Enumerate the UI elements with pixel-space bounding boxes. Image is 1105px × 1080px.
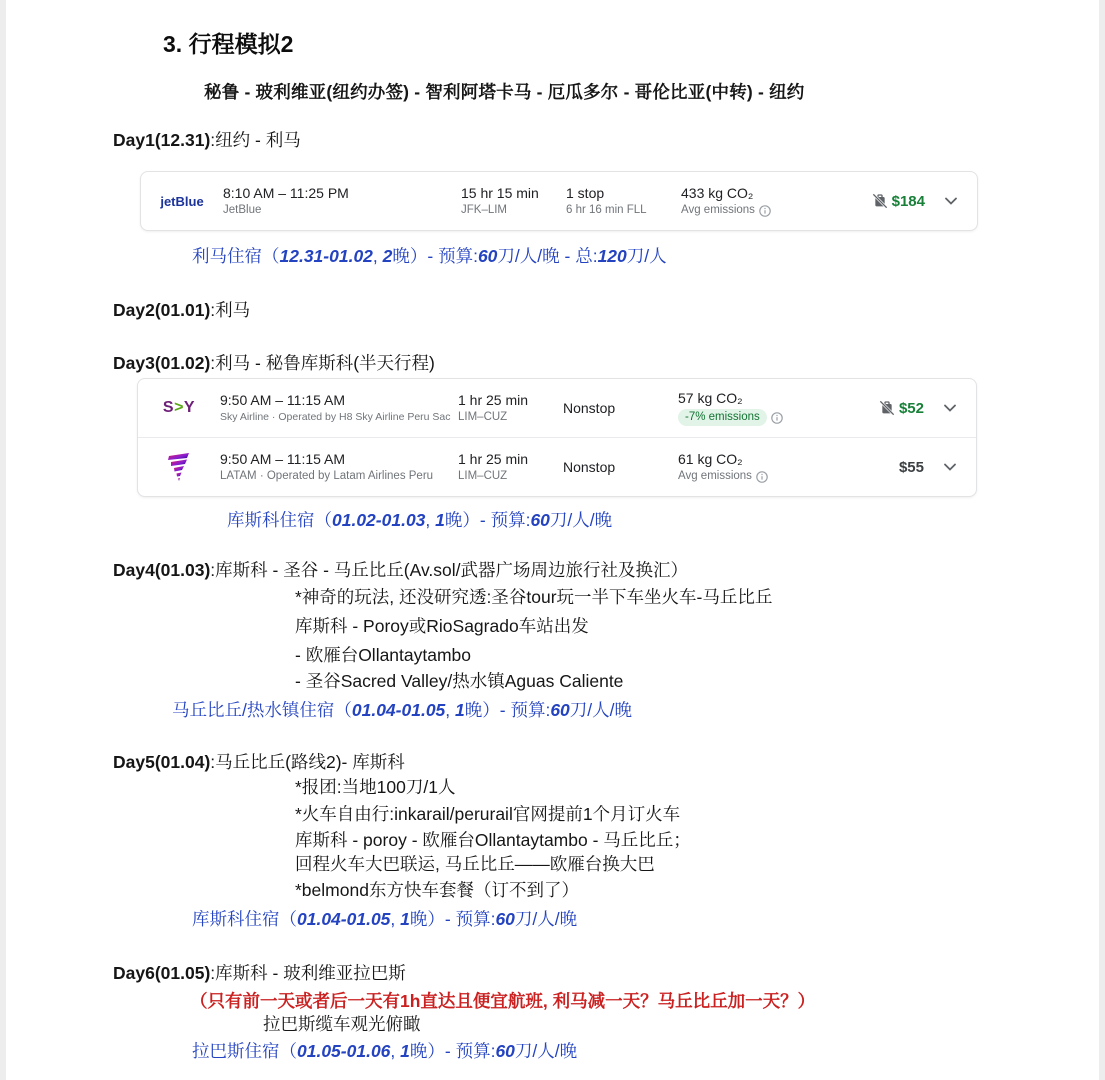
day3-desc: :利马 - 秘鲁库斯科(半天行程) [210,353,435,373]
flight-route: LIM–CUZ [458,470,563,483]
cusco-lodging-budget: 库斯科住宿（01.02-01.03, 1晚）- 预算:60刀/人/晚 [227,507,612,532]
page-right-edge [1099,0,1105,1080]
flight-times: 8:10 AM – 11:25 PM [223,185,461,201]
flight-times: 9:50 AM – 11:15 AM [220,392,458,408]
day4-desc: :库斯科 - 圣谷 - 马丘比丘(Av.sol/武器广场周边旅行社及换汇） [210,560,688,580]
sky-airline-logo: S>Y [138,399,220,417]
day6-label: Day6(01.05) [113,963,210,983]
day6-warning-note: （只有前一天或者后一天有1h直达且便宜航班, 利马减一天？马丘比丘加一天？） [190,988,815,1013]
flight-duration: 1 hr 25 min [458,392,563,408]
document-title: 3. 行程模拟2 [163,26,293,59]
no-carry-on-bag-icon [872,193,888,209]
day4-note-line: *神奇的玩法, 还没研究透:圣谷tour玩一半下车坐火车-马丘比丘 [295,586,772,608]
flight-result-latam[interactable]: 9:50 AM – 11:15 AM LATAM · Operated by L… [138,437,976,496]
day4-note-line: - 圣谷Sacred Valley/热水镇Aguas Caliente [295,670,623,692]
emissions-badge: -7% emissions [678,409,767,426]
flight-co2: 61 kg CO₂ [678,451,824,467]
flight-price: $52 [899,400,924,417]
day3-heading: Day3(01.02):利马 - 秘鲁库斯科(半天行程) [113,350,435,375]
flight-route: LIM–CUZ [458,411,563,424]
day2-heading: Day2(01.01):利马 [113,297,250,322]
day6-activity: 拉巴斯缆车观光俯瞰 [263,1013,421,1035]
day1-heading: Day1(12.31):纽约 - 利马 [113,127,301,152]
flight-stops: Nonstop [563,459,678,475]
flight-carrier: JetBlue [223,204,461,217]
day1-desc: :纽约 - 利马 [210,130,300,150]
flight-carrier: LATAM · Operated by Latam Airlines Peru [220,470,458,483]
flight-result-jetblue[interactable]: jetBlue 8:10 AM – 11:25 PM JetBlue 15 hr… [140,171,978,231]
day2-desc: :利马 [210,300,250,320]
flight-price: $55 [899,459,924,476]
emissions-label: Avg emissions [681,204,755,217]
flight-results-group: S>Y 9:50 AM – 11:15 AM Sky Airline · Ope… [137,378,977,497]
day5-note-line: *报团:当地100刀/1人 [295,776,455,798]
day1-label: Day1(12.31) [113,130,210,150]
day5-note-line: 回程火车大巴联运, 马丘比丘——欧雁台换大巴 [295,853,655,875]
day6-heading: Day6(01.05):库斯科 - 玻利维亚拉巴斯 [113,960,406,985]
flight-price: $184 [892,193,925,210]
flight-result-sky[interactable]: S>Y 9:50 AM – 11:15 AM Sky Airline · Ope… [138,379,976,437]
expand-flight-button[interactable] [925,197,977,205]
flight-duration: 15 hr 15 min [461,185,566,201]
flight-co2: 433 kg CO₂ [681,185,825,201]
day6-desc: :库斯科 - 玻利维亚拉巴斯 [210,963,405,983]
flight-times: 9:50 AM – 11:15 AM [220,451,458,467]
flight-stops: 1 stop [566,185,681,201]
day5-note-line: *火车自由行:inkarail/perurail官网提前1个月订火车 [295,803,680,825]
latam-logo [138,453,220,481]
day4-label: Day4(01.03) [113,560,210,580]
flight-stops: Nonstop [563,400,678,416]
day5-note-line: 库斯科 - poroy - 欧雁台Ollantaytambo - 马丘比丘； [295,829,691,851]
flight-co2: 57 kg CO₂ [678,390,824,406]
day5-heading: Day5(01.04):马丘比丘(路线2)- 库斯科 [113,749,405,774]
day5-desc: :马丘比丘(路线2)- 库斯科 [210,752,404,772]
day2-label: Day2(01.01) [113,300,210,320]
page-left-edge [0,0,6,1080]
jetblue-logo: jetBlue [141,194,223,209]
cusco-lodging-budget-2: 库斯科住宿（01.04-01.05, 1晚）- 预算:60刀/人/晚 [192,906,577,931]
day3-label: Day3(01.02) [113,353,210,373]
day4-note-line: 库斯科 - Poroy或RioSagrado车站出发 [295,615,589,637]
info-icon[interactable] [771,412,783,424]
lima-lodging-budget: 利马住宿（12.31-01.02, 2晚）- 预算:60刀/人/晚 - 总:12… [192,243,667,268]
flight-stop-detail: 6 hr 16 min FLL [566,204,681,217]
flight-duration: 1 hr 25 min [458,451,563,467]
day5-note-line: *belmond东方快车套餐（订不到了） [295,879,579,901]
la-paz-lodging-budget: 拉巴斯住宿（01.05-01.06, 1晚）- 预算:60刀/人/晚 [192,1038,577,1063]
flight-route: JFK–LIM [461,204,566,217]
info-icon[interactable] [756,471,768,483]
day5-label: Day5(01.04) [113,752,210,772]
machu-picchu-lodging-budget: 马丘比丘/热水镇住宿（01.04-01.05, 1晚）- 预算:60刀/人/晚 [172,697,632,722]
no-carry-on-bag-icon [879,400,895,416]
flight-carrier: Sky Airline · Operated by H8 Sky Airline… [220,411,458,424]
info-icon[interactable] [759,205,771,217]
expand-flight-button[interactable] [924,463,976,471]
route-summary: 秘鲁 - 玻利维亚(纽约办签) - 智利阿塔卡马 - 厄瓜多尔 - 哥伦比亚(中… [204,79,804,104]
day4-heading: Day4(01.03):库斯科 - 圣谷 - 马丘比丘(Av.sol/武器广场周… [113,557,688,582]
emissions-label: Avg emissions [678,470,752,483]
day4-note-line: - 欧雁台Ollantaytambo [295,644,471,666]
expand-flight-button[interactable] [924,404,976,412]
